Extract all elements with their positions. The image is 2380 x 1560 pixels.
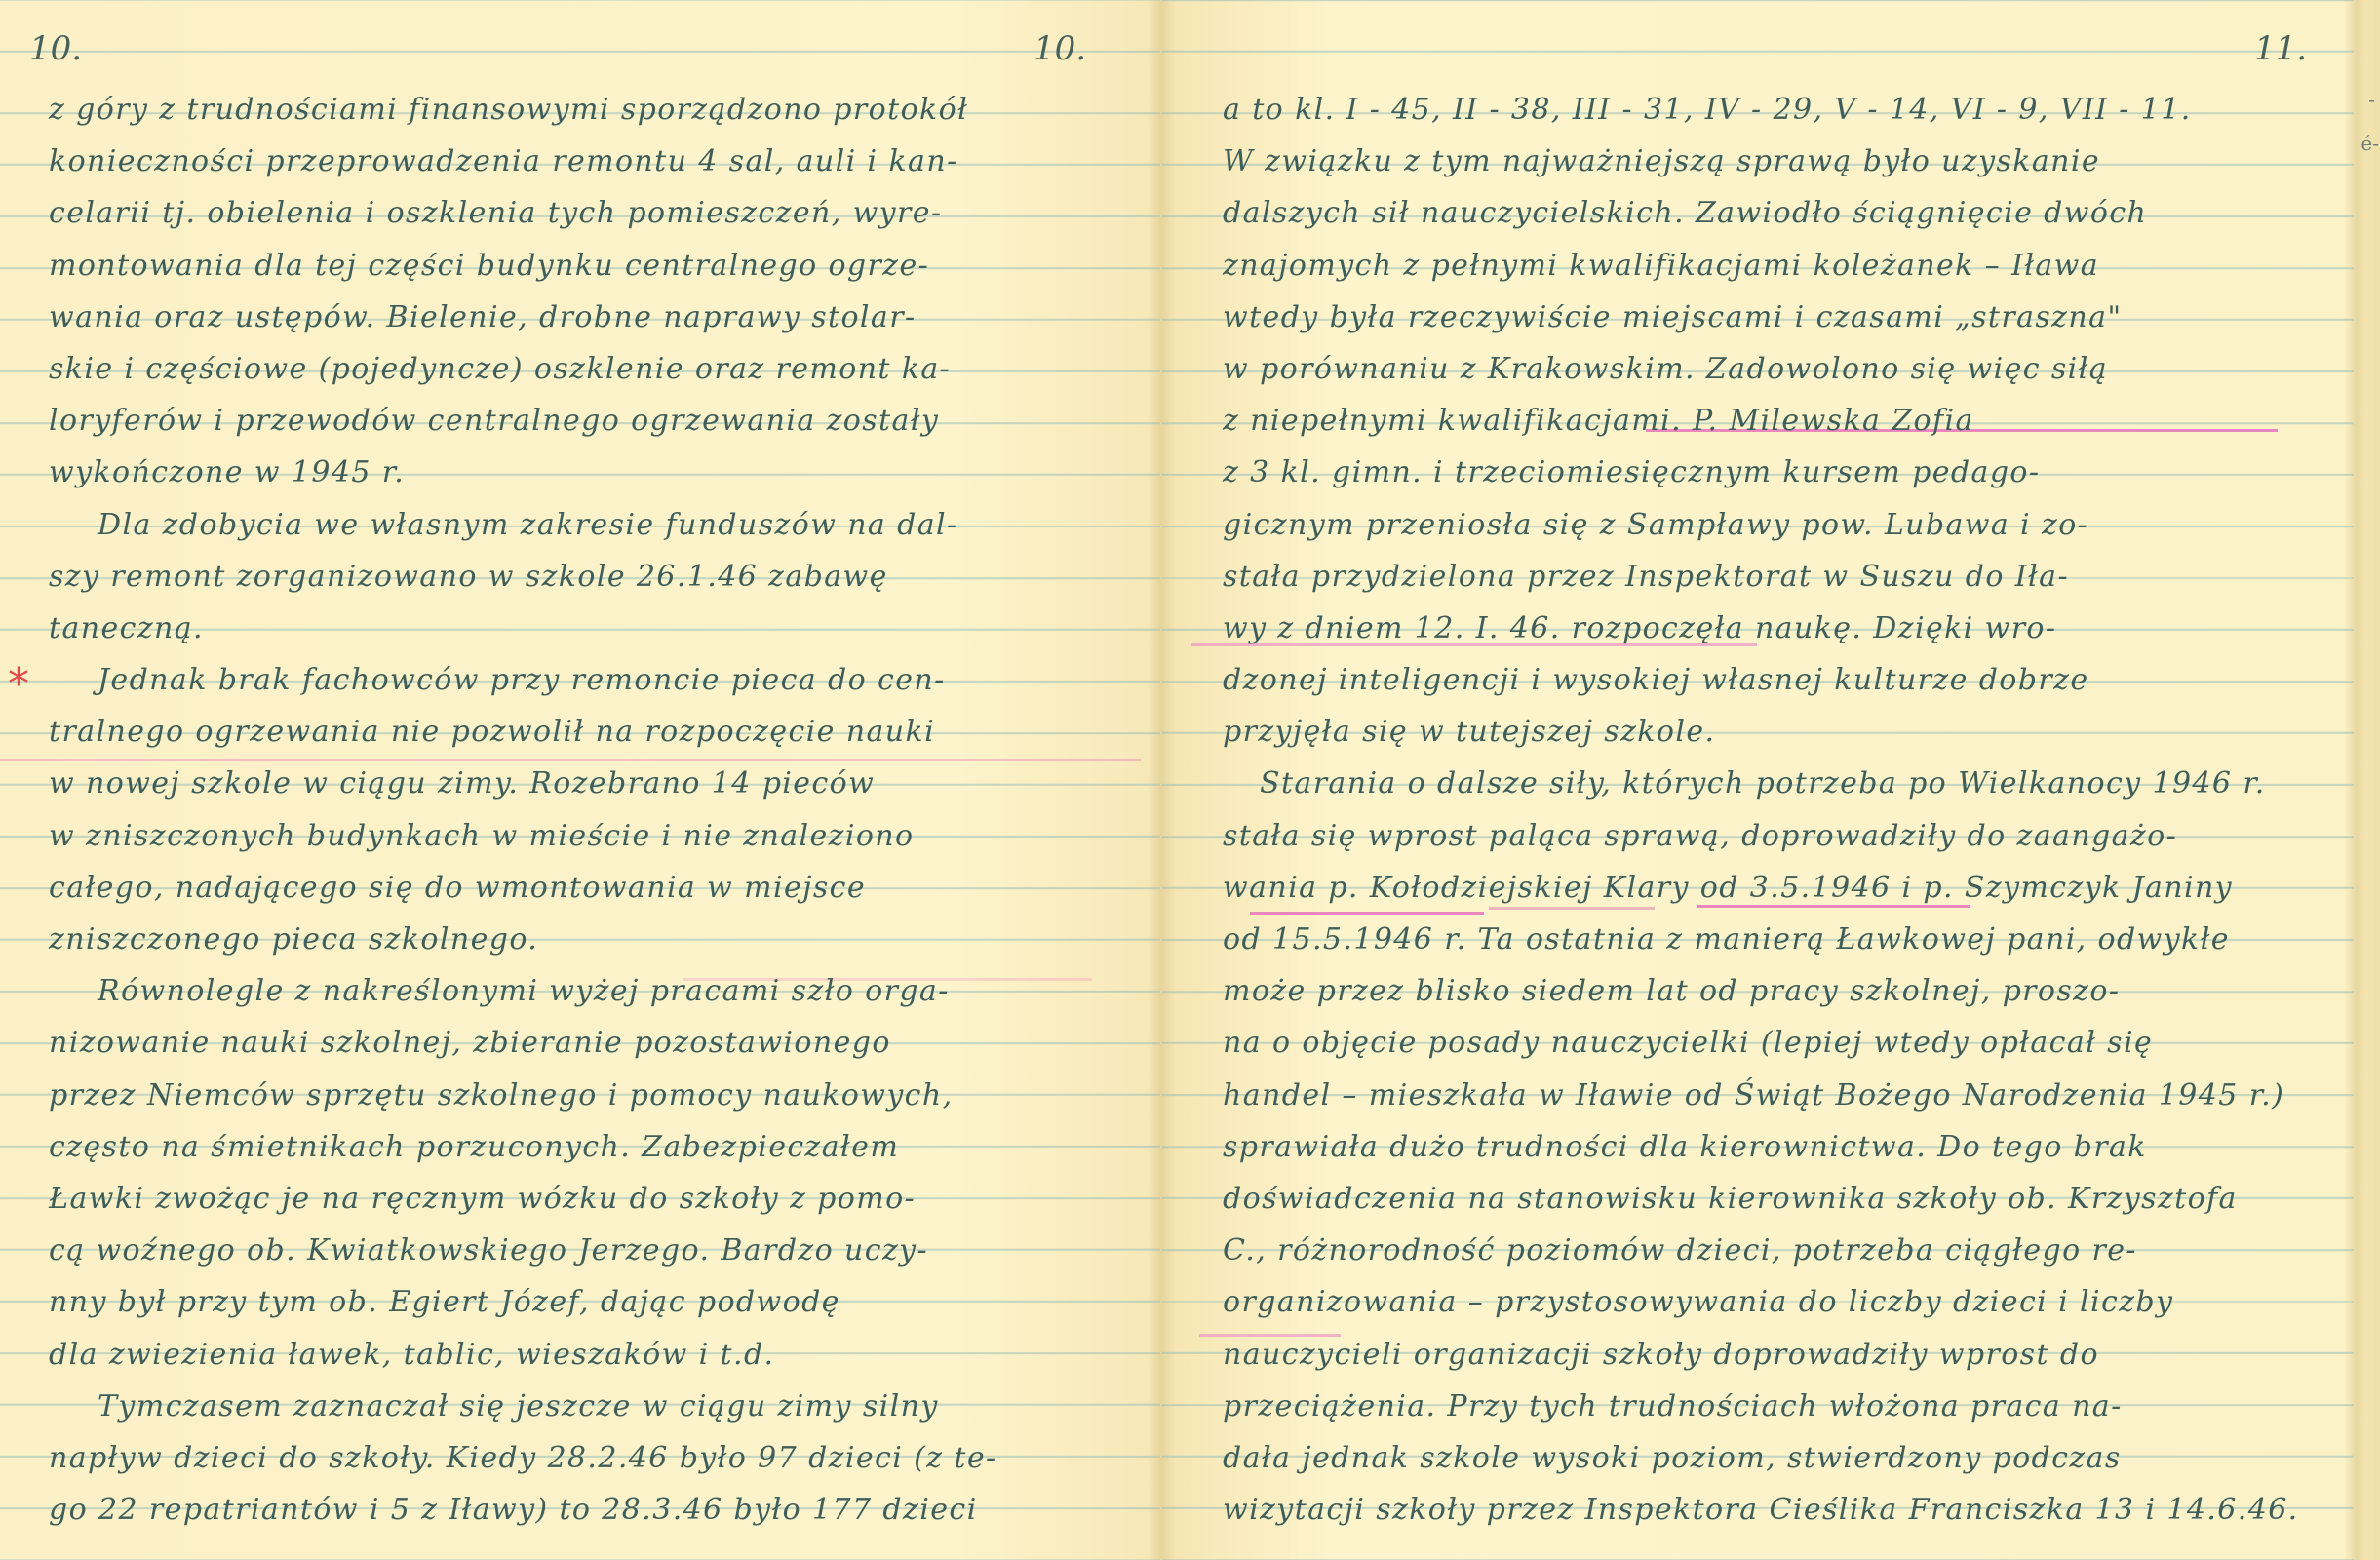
text-line: go 22 repatriantów i 5 z Iławy) to 28.3.…: [0, 1484, 1160, 1536]
text-line: C., różnorodność poziomów dzieci, potrze…: [1162, 1225, 2354, 1276]
text-line: przez Niemców sprzętu szkolnego i pomocy…: [0, 1070, 1160, 1121]
text-line: z góry z trudnościami finansowymi sporzą…: [0, 84, 1160, 136]
text-line: loryferów i przewodów centralnego ogrzew…: [0, 395, 1160, 447]
text-line: wykończone w 1945 r.: [0, 447, 1160, 498]
text-line: Tymczasem zaznaczał się jeszcze w ciągu …: [0, 1381, 1160, 1432]
right-page-text: a to kl. I - 45, II - 38, III - 31, IV -…: [1162, 84, 2354, 1536]
text-line: wania oraz ustępów. Bielenie, drobne nap…: [0, 292, 1160, 343]
text-line: z niepełnymi kwalifikacjami. P. Milewska…: [1162, 395, 2354, 447]
text-line: wizytacji szkoły przez Inspektora Cieśli…: [1162, 1484, 2354, 1536]
text-line: dla zwiezienia ławek, tablic, wieszaków …: [0, 1329, 1160, 1381]
text-line: całego, nadającego się do wmontowania w …: [0, 862, 1160, 914]
text-line: Starania o dalsze siły, których potrzeba…: [1162, 758, 2354, 809]
text-line: organizowania – przystosowywania do licz…: [1162, 1276, 2354, 1328]
text-line: wy z dniem 12. I. 46. rozpoczęła naukę. …: [1162, 603, 2354, 654]
page-number-right: 11.: [2254, 29, 2307, 68]
text-line: od 15.5.1946 r. Ta ostatnia z manierą Ła…: [1162, 914, 2354, 965]
text-line: dalszych sił nauczycielskich. Zawiodło ś…: [1162, 187, 2354, 239]
text-line: cą woźnego ob. Kwiatkowskiego Jerzego. B…: [0, 1225, 1160, 1276]
text-line: tralnego ogrzewania nie pozwolił na rozp…: [0, 706, 1160, 758]
text-line: Dla zdobycia we własnym zakresie fundusz…: [0, 499, 1160, 551]
text-line: napływ dzieci do szkoły. Kiedy 28.2.46 b…: [0, 1432, 1160, 1484]
text-line: wania p. Kołodziejskiej Klary od 3.5.194…: [1162, 862, 2354, 914]
page-number-left-inner: 10.: [1034, 29, 1086, 68]
text-line: z 3 kl. gimn. i trzeciomiesięcznym kurse…: [1162, 447, 2354, 498]
text-line: W związku z tym najważniejszą sprawą był…: [1162, 136, 2354, 187]
text-line: montowania dla tej części budynku centra…: [0, 240, 1160, 292]
right-page: 11. - é- a to kl. I - 45, II - 38, III -…: [1162, 0, 2354, 1560]
edge-mark: é-: [2360, 132, 2379, 155]
text-line: nizowanie nauki szkolnej, zbieranie pozo…: [0, 1017, 1160, 1069]
text-line: celarii tj. obielenia i oszklenia tych p…: [0, 187, 1160, 239]
text-line: nauczycieli organizacji szkoły doprowadz…: [1162, 1329, 2354, 1381]
text-line: Równolegle z nakreślonymi wyżej pracami …: [0, 965, 1160, 1017]
text-line: często na śmietnikach porzuconych. Zabez…: [0, 1121, 1160, 1173]
text-line: doświadczenia na stanowisku kierownika s…: [1162, 1173, 2354, 1225]
text-line: gicznym przeniosła się z Sampławy pow. L…: [1162, 499, 2354, 551]
text-line: a to kl. I - 45, II - 38, III - 31, IV -…: [1162, 84, 2354, 136]
text-line: stała się wprost paląca sprawą, doprowad…: [1162, 810, 2354, 862]
text-line: Ławki zwożąc je na ręcznym wózku do szko…: [0, 1173, 1160, 1225]
text-line: w nowej szkole w ciągu zimy. Rozebrano 1…: [0, 758, 1160, 809]
text-line: skie i częściowe (pojedyncze) oszklenie …: [0, 343, 1160, 395]
text-line: szy remont zorganizowano w szkole 26.1.4…: [0, 551, 1160, 603]
text-line: może przez blisko siedem lat od pracy sz…: [1162, 965, 2354, 1017]
left-page-text: z góry z trudnościami finansowymi sporzą…: [0, 84, 1160, 1536]
text-line: w zniszczonych budynkach w mieście i nie…: [0, 810, 1160, 862]
text-line: dzonej inteligencji i wysokiej własnej k…: [1162, 654, 2354, 706]
left-page: 10. 10. * z góry z trudnościami finansow…: [0, 0, 1160, 1560]
text-line: nny był przy tym ob. Egiert Józef, dając…: [0, 1276, 1160, 1328]
text-line: sprawiała dużo trudności dla kierownictw…: [1162, 1121, 2354, 1173]
text-line: wtedy była rzeczywiście miejscami i czas…: [1162, 292, 2354, 343]
text-line: przeciążenia. Przy tych trudnościach wło…: [1162, 1381, 2354, 1432]
text-line: dała jednak szkole wysoki poziom, stwier…: [1162, 1432, 2354, 1484]
text-line: przyjęła się w tutejszej szkole.: [1162, 706, 2354, 758]
text-line: konieczności przeprowadzenia remontu 4 s…: [0, 136, 1160, 187]
text-line: zniszczonego pieca szkolnego.: [0, 914, 1160, 965]
text-line: Jednak brak fachowców przy remoncie piec…: [0, 654, 1160, 706]
text-line: stała przydzielona przez Inspektorat w S…: [1162, 551, 2354, 603]
text-line: w porównaniu z Krakowskim. Zadowolono si…: [1162, 343, 2354, 395]
text-line: na o objęcie posady nauczycielki (lepiej…: [1162, 1017, 2354, 1069]
page-number-left-corner: 10.: [29, 29, 82, 68]
notebook-spread: 10. 10. * z góry z trudnościami finansow…: [0, 0, 2380, 1560]
text-line: handel – mieszkała w Iławie od Świąt Boż…: [1162, 1070, 2354, 1121]
text-line: znajomych z pełnymi kwalifikacjami koleż…: [1162, 240, 2354, 292]
edge-mark: -: [2368, 88, 2375, 111]
text-line: taneczną.: [0, 603, 1160, 654]
